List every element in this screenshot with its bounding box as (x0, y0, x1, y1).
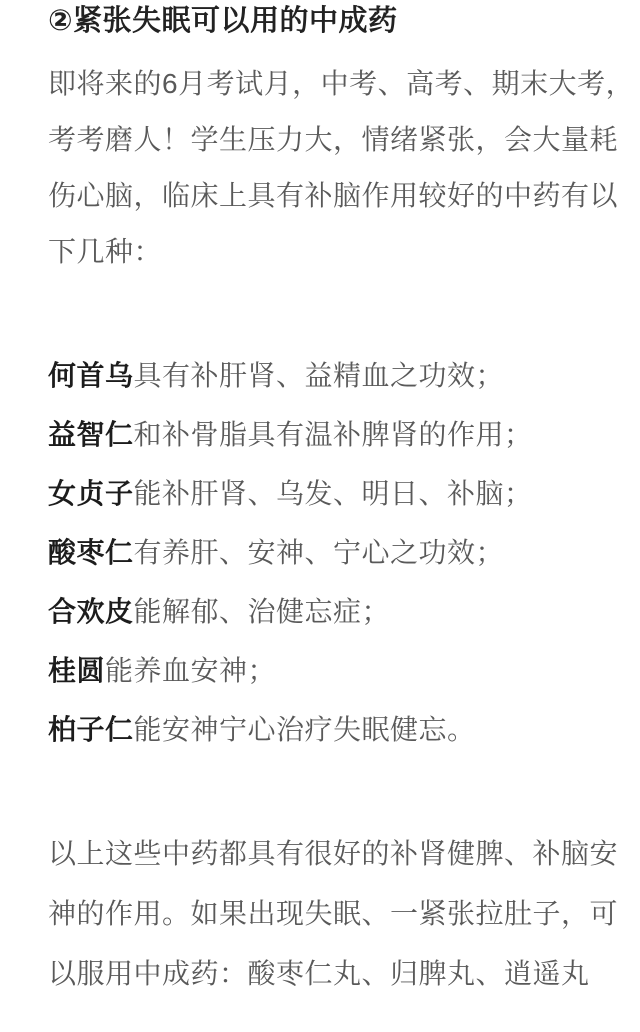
herb-effect: 能解郁、治健忘症； (134, 596, 391, 627)
herb-item: 酸枣仁有养肝、安神、宁心之功效； (48, 538, 596, 568)
article-heading: ②紧张失眠可以用的中成药 (48, 4, 596, 38)
article-content: ②紧张失眠可以用的中成药 即将来的6月考试月，中考、高考、期末大考， 考考磨人！… (0, 0, 640, 1004)
conclusion-line: 以上这些中药都具有很好的补肾健脾、补脑安 (48, 824, 596, 884)
herb-name: 酸枣仁 (48, 537, 134, 568)
herb-effect: 和补骨脂具有温补脾肾的作用； (134, 419, 533, 450)
intro-paragraph: 即将来的6月考试月，中考、高考、期末大考， 考考磨人！学生压力大，情绪紧张，会大… (48, 56, 596, 280)
herb-item: 桂圆能养血安神； (48, 656, 596, 686)
intro-line: 下几种： (48, 224, 596, 280)
herb-item: 柏子仁能安神宁心治疗失眠健忘。 (48, 715, 596, 745)
conclusion-paragraph: 以上这些中药都具有很好的补肾健脾、补脑安 神的作用。如果出现失眠、一紧张拉肚子，… (48, 824, 596, 1004)
herb-item: 益智仁和补骨脂具有温补脾肾的作用； (48, 420, 596, 450)
herb-name: 桂圆 (48, 655, 105, 686)
herb-effect: 能养血安神； (105, 655, 276, 686)
herb-name: 益智仁 (48, 419, 134, 450)
herb-name: 何首乌 (48, 360, 134, 391)
herb-name: 合欢皮 (48, 596, 134, 627)
conclusion-line: 神的作用。如果出现失眠、一紧张拉肚子，可 (48, 884, 596, 944)
herb-item: 何首乌具有补肝肾、益精血之功效； (48, 361, 596, 391)
herb-list: 何首乌具有补肝肾、益精血之功效； 益智仁和补骨脂具有温补脾肾的作用； 女贞子能补… (48, 361, 596, 745)
herb-effect: 能安神宁心治疗失眠健忘。 (134, 714, 476, 745)
conclusion-line: 以服用中成药：酸枣仁丸、归脾丸、逍遥丸 (48, 944, 596, 1004)
herb-effect: 能补肝肾、乌发、明日、补脑； (134, 478, 533, 509)
herb-name: 女贞子 (48, 478, 134, 509)
intro-line: 即将来的6月考试月，中考、高考、期末大考， (48, 56, 596, 112)
herb-item: 女贞子能补肝肾、乌发、明日、补脑； (48, 479, 596, 509)
article-page: ②紧张失眠可以用的中成药 即将来的6月考试月，中考、高考、期末大考， 考考磨人！… (0, 0, 640, 1032)
herb-effect: 有养肝、安神、宁心之功效； (134, 537, 505, 568)
intro-line: 伤心脑，临床上具有补脑作用较好的中药有以 (48, 168, 596, 224)
herb-item: 合欢皮能解郁、治健忘症； (48, 597, 596, 627)
herb-effect: 具有补肝肾、益精血之功效； (134, 360, 505, 391)
herb-name: 柏子仁 (48, 714, 134, 745)
intro-line: 考考磨人！学生压力大，情绪紧张，会大量耗 (48, 112, 596, 168)
